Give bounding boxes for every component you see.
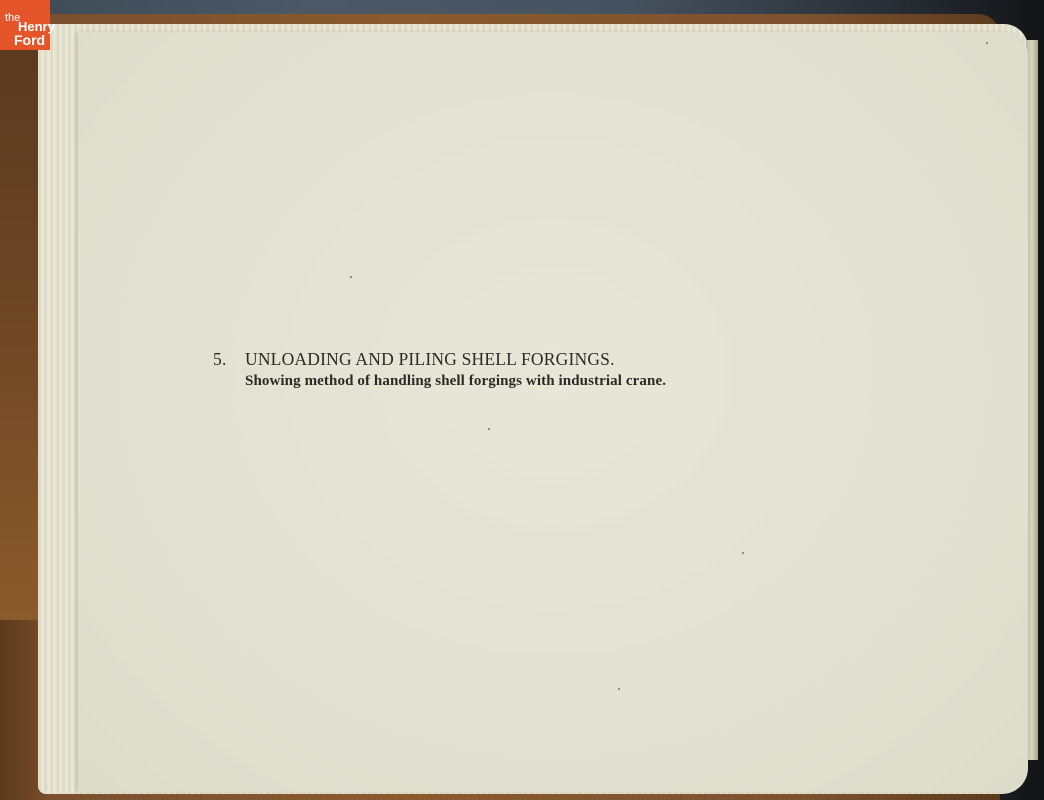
henry-ford-logo: the Henry Ford xyxy=(0,0,50,50)
photo-caption: 5.UNLOADING AND PILING SHELL FORGINGS. S… xyxy=(213,349,666,390)
caption-title: 5.UNLOADING AND PILING SHELL FORGINGS. xyxy=(213,349,666,370)
page-speck xyxy=(618,688,620,690)
page-speck xyxy=(986,42,988,44)
album-page xyxy=(78,32,1028,792)
page-speck xyxy=(742,552,744,554)
caption-number: 5. xyxy=(213,349,245,370)
logo-line-ford: Ford xyxy=(14,33,45,47)
page-speck xyxy=(350,276,352,278)
caption-title-text: UNLOADING AND PILING SHELL FORGINGS. xyxy=(245,349,615,369)
caption-subtitle: Showing method of handling shell forging… xyxy=(245,373,666,390)
album-spine xyxy=(0,40,38,620)
page-speck xyxy=(488,428,490,430)
